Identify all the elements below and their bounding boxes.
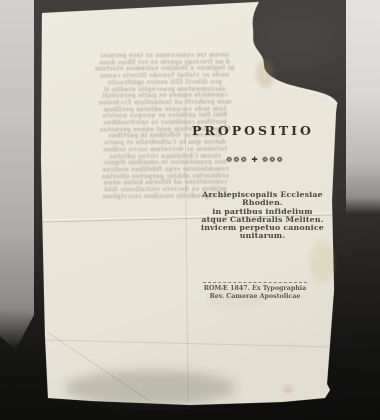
body-text-block: Archiepiscopalis EcclesiaeRhodien.in par… [185, 191, 340, 241]
document-title: PROPOSITIO [178, 123, 328, 138]
fleuron-divider-icon: ❁❁❁ ✚ ❁❁❁ [200, 155, 310, 164]
stain-right [309, 240, 335, 284]
imprint-line: ROMÆ 1847. Ex Typographia [191, 285, 319, 293]
imprint-line: Rev. Camerae Apostolicae [191, 293, 319, 301]
imprint-separator-rule [203, 282, 307, 283]
photo-of-document: situm Qd conscendis ut tore pernotid ne … [0, 0, 380, 420]
body-line: unitarum. [185, 232, 340, 240]
stain-dot [285, 387, 292, 394]
shadow-smudge [65, 370, 235, 406]
stain-near-tear [256, 60, 274, 88]
imprint-block: ROMÆ 1847. Ex TypographiaRev. Camerae Ap… [191, 285, 319, 300]
